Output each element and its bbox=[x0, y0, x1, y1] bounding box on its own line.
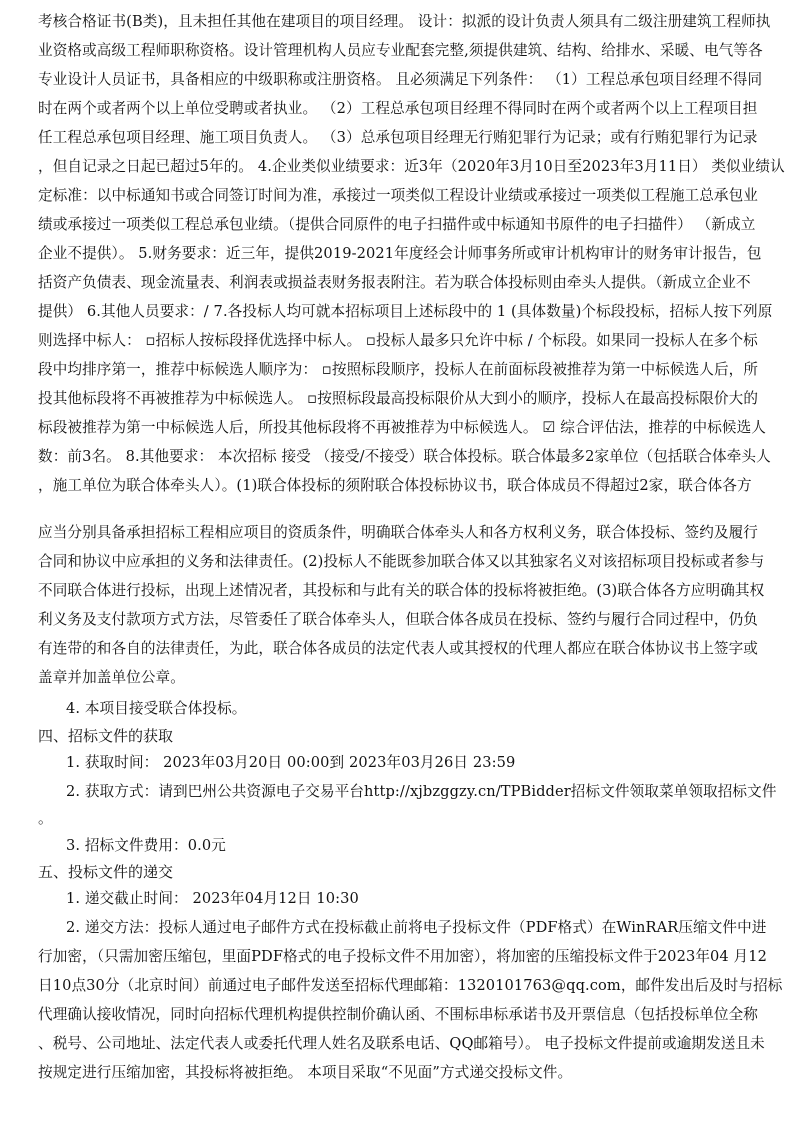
body-line: 盖章并加盖单位公章。 bbox=[38, 669, 185, 687]
body-line: 时在两个或者两个以上单位受聘或者执业。 （2）工程总承包项目经理不得同时在两个或… bbox=[38, 100, 757, 118]
section-heading-5: 五、投标文件的递交 bbox=[38, 863, 173, 881]
body-line: 括资产负债表、现金流量表、利润表或损益表财务报表附注。若为联合体投标则由牵头人提… bbox=[38, 274, 751, 292]
submission-deadline: 1. 递交截止时间： 2023年04月12日 10:30 bbox=[66, 890, 359, 908]
body-line: 任工程总承包项目经理、施工项目负责人。 （3）总承包项目经理无行贿犯罪行为记录；… bbox=[38, 129, 757, 147]
document-fee: 3. 招标文件费用：0.0元 bbox=[66, 837, 226, 855]
section-heading-4: 四、招标文件的获取 bbox=[38, 727, 173, 745]
document-page: 考核合格证书(B类)，且未担任其他在建项目的项目经理。 设计：拟派的设计负责人须… bbox=[0, 0, 793, 1122]
body-line: 企业不提供）。 5.财务要求：近三年，提供2019-2021年度经会计师事务所或… bbox=[38, 245, 762, 263]
submission-method-line: 、税号、公司地址、法定代表人或委托代理人姓名及联系电话、QQ邮箱号）。 电子投标… bbox=[38, 1035, 765, 1053]
body-line: 段中均排序第一，推荐中标候选人顺序为： ▫按照标段顺序，投标人在前面标段被推荐为… bbox=[38, 361, 758, 379]
consortium-item: 4. 本项目接受联合体投标。 bbox=[66, 700, 247, 718]
body-line: 数：前3名。 8.其他要求： 本次招标 接受 （接受/不接受）联合体投标。联合体… bbox=[38, 448, 771, 466]
acquisition-time: 1. 获取时间： 2023年03月20日 00:00到 2023年03月26日 … bbox=[66, 754, 515, 772]
body-line: 则选择中标人： ▫招标人按标段择优选择中标人。 ▫投标人最多只允许中标 / 个标… bbox=[38, 332, 758, 350]
body-line: 合同和协议中应承担的义务和法律责任。(2)投标人不能既参加联合体又以其独家名义对… bbox=[38, 553, 764, 571]
body-line: ，施工单位为联合体牵头人）。(1)联合体投标的须附联合体投标协议书，联合体成员不… bbox=[38, 477, 752, 495]
submission-method-line: 行加密，（只需加密压缩包，里面PDF格式的电子投标文件不用加密），将加密的压缩投… bbox=[38, 948, 767, 966]
acquisition-method-tail: 。 bbox=[38, 810, 53, 828]
body-line: 专业设计人员证书，具备相应的中级职称或注册资格。 且必须满足下列条件： （1）工… bbox=[38, 71, 762, 89]
body-line: 定标准：以中标通知书或合同签订时间为准，承接过一项类似工程设计业绩或承接过一项类… bbox=[38, 187, 758, 205]
body-line: ，但自记录之日起已超过5年的。 4.企业类似业绩要求：近3年（2020年3月10… bbox=[38, 158, 785, 176]
body-line: 利义务及支付款项方式方法，尽管委任了联合体牵头人，但联合体各成员在投标、签约与履… bbox=[38, 611, 758, 629]
body-line: 绩或承接过一项类似工程总承包业绩。（提供合同原件的电子扫描件或中标通知书原件的电… bbox=[38, 216, 755, 234]
submission-method-line: 2. 递交方法：投标人通过电子邮件方式在投标截止前将电子投标文件（PDF格式）在… bbox=[66, 919, 767, 937]
submission-method-line: 日10点30分（北京时间）前通过电子邮件发送至招标代理邮箱：1320101763… bbox=[38, 977, 782, 995]
submission-method-line: 代理确认接收情况，同时向招标代理机构提供控制价确认函、不围标串标承诺书及开票信息… bbox=[38, 1006, 758, 1024]
acquisition-method: 2. 获取方式：请到巴州公共资源电子交易平台http://xjbzggzy.cn… bbox=[66, 783, 777, 801]
body-line: 投其他标段将不再被推荐为中标候选人。 ▫按照标段最高投标限价从大到小的顺序，投标… bbox=[38, 390, 758, 408]
body-line: 有连带的和各自的法律责任，为此，联合体各成员的法定代表人或其授权的代理人都应在联… bbox=[38, 640, 758, 658]
body-line: 考核合格证书(B类)，且未担任其他在建项目的项目经理。 设计：拟派的设计负责人须… bbox=[38, 13, 770, 31]
body-line: 业资格或高级工程师职称资格。设计管理机构人员应专业配套完整,须提供建筑、结构、给… bbox=[38, 42, 763, 60]
body-line: 提供） 6.其他人员要求：/ 7.各投标人均可就本招标项目上述标段中的 1 (具… bbox=[38, 303, 772, 321]
body-line: 标段被推荐为第一中标候选人后，所投其他标段将不再被推荐为中标候选人。 ☑ 综合评… bbox=[38, 419, 766, 437]
body-line: 应当分别具备承担招标工程相应项目的资质条件，明确联合体牵头人和各方权利义务，联合… bbox=[38, 524, 758, 542]
body-line: 不同联合体进行投标，出现上述情况者，其投标和与此有关的联合体的投标将被拒绝。(3… bbox=[38, 582, 764, 600]
submission-method-line: 按规定进行压缩加密，其投标将被拒绝。 本项目采取“不见面”方式递交投标文件。 bbox=[38, 1064, 572, 1082]
